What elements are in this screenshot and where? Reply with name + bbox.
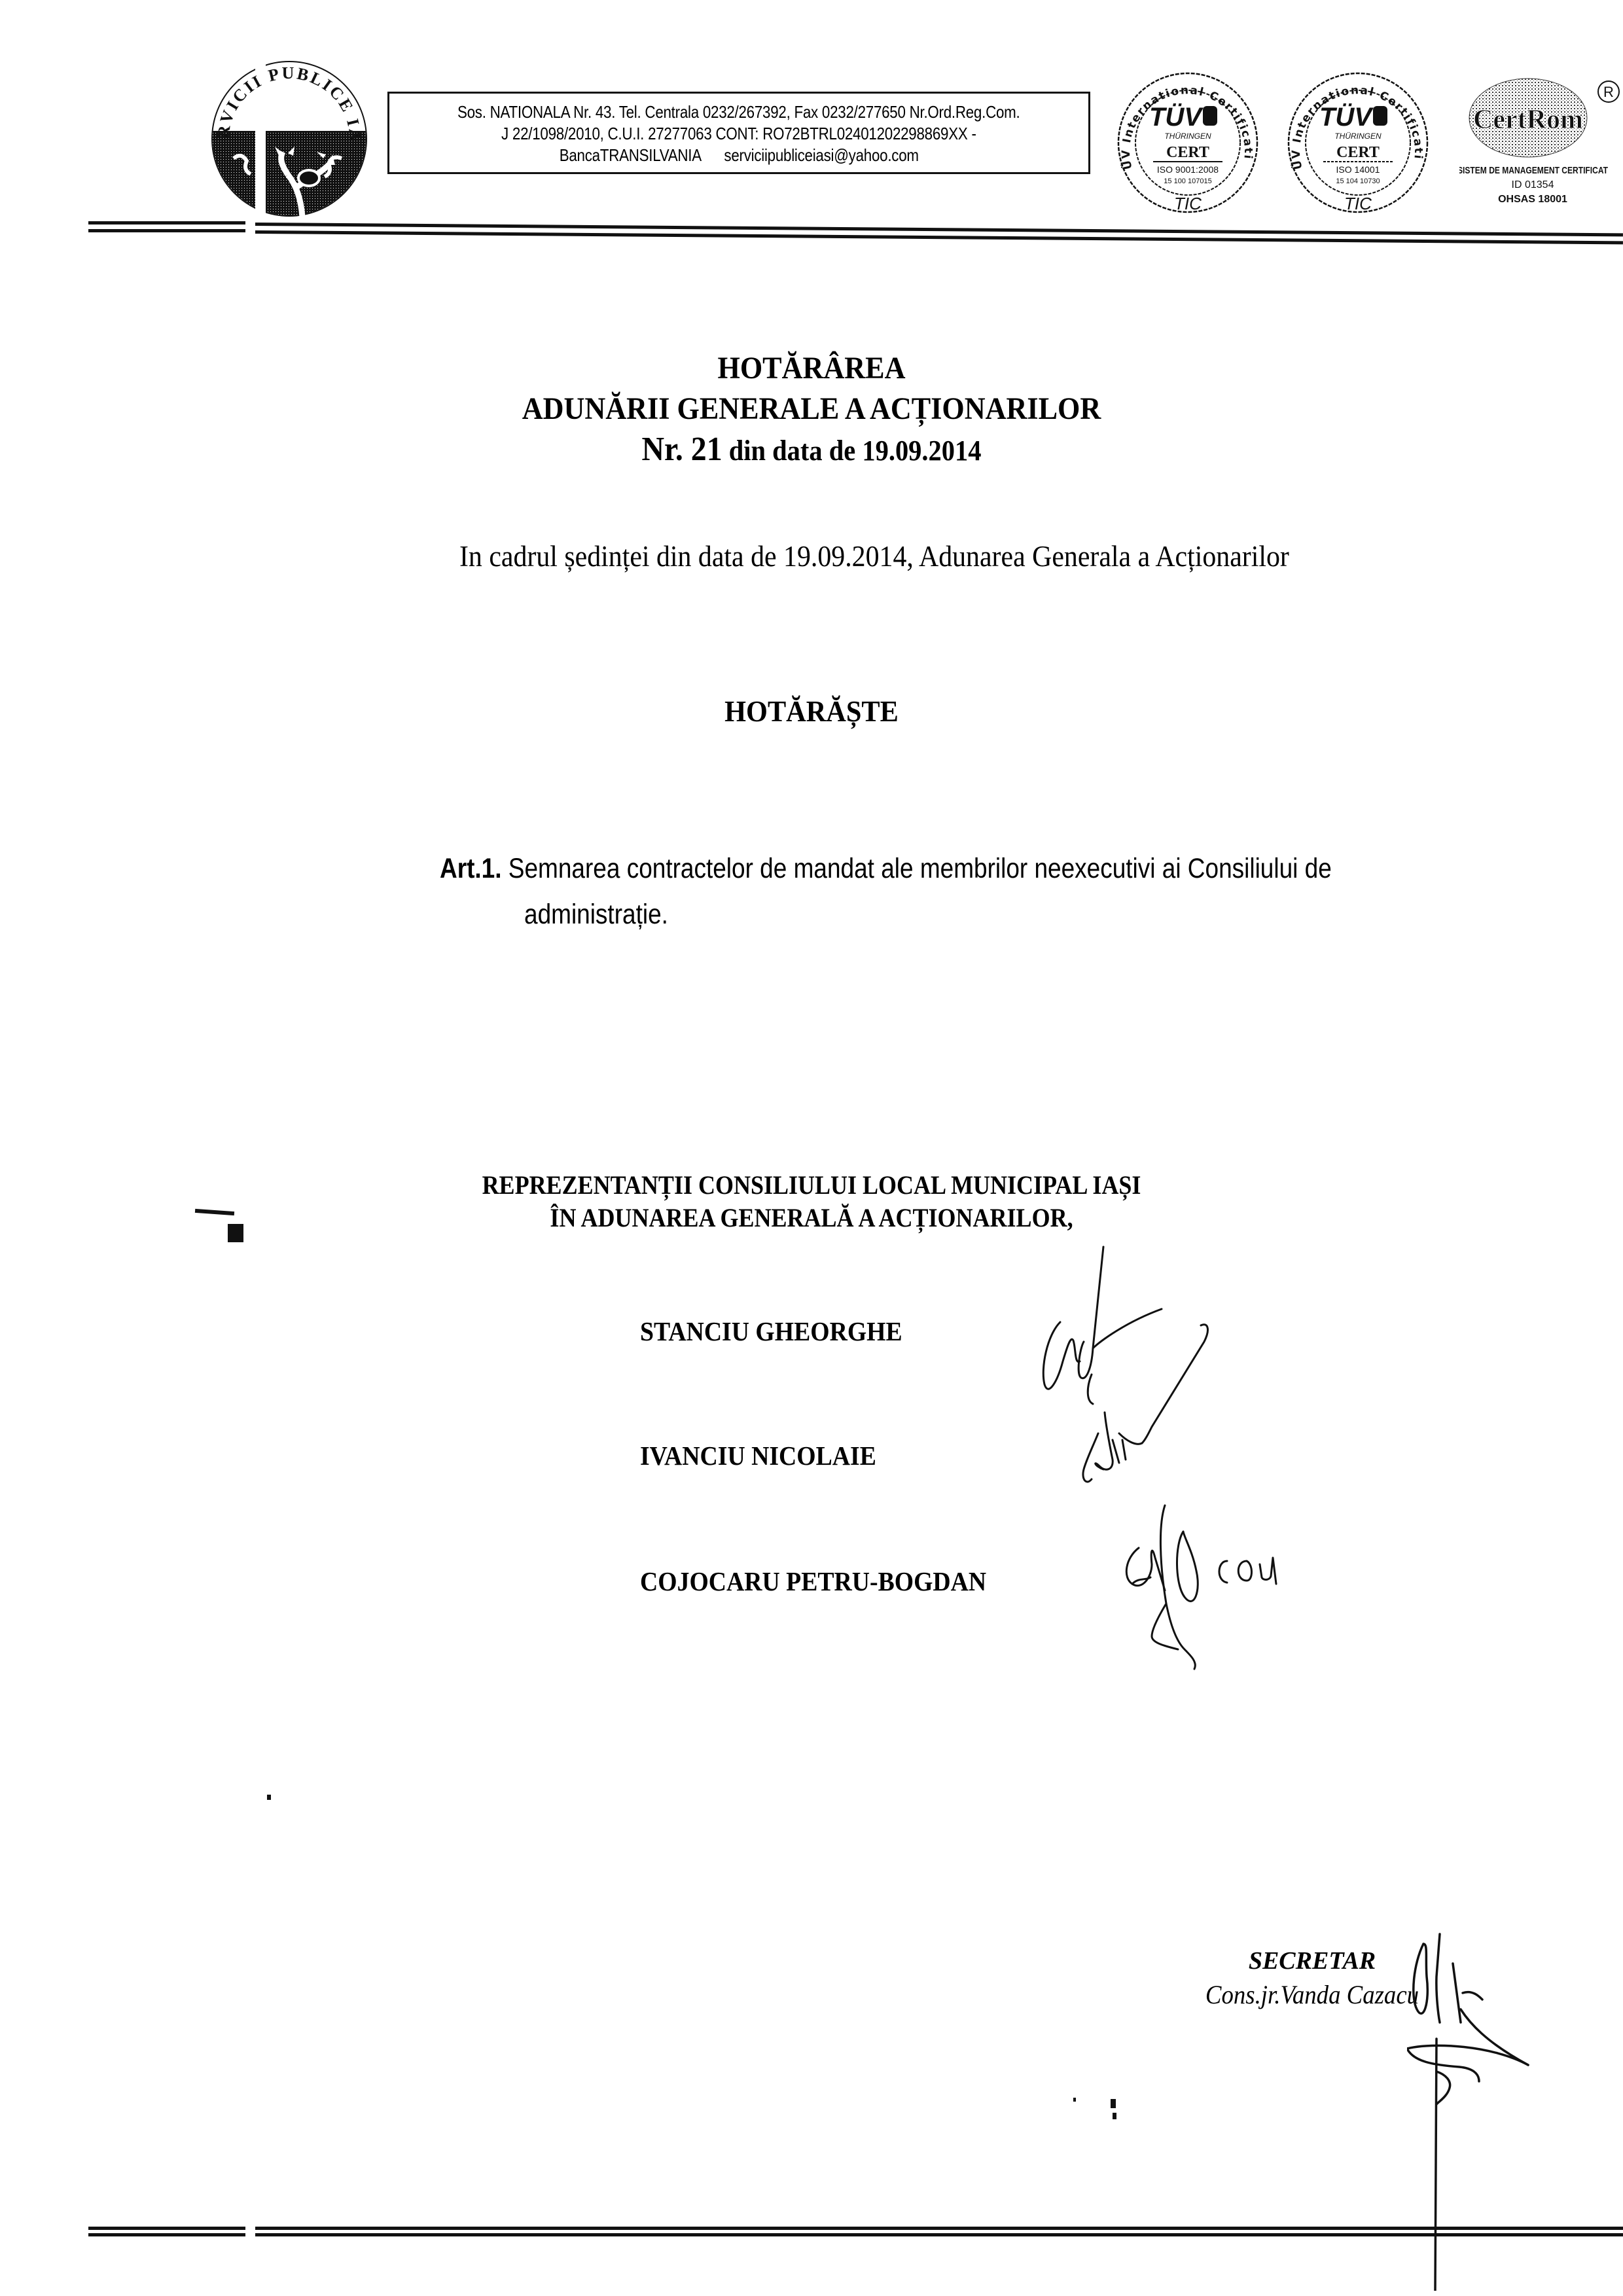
scan-artifact	[228, 1224, 243, 1242]
intro-paragraph: In cadrul ședinței din data de 19.09.201…	[459, 539, 1289, 573]
svg-text:TÜV: TÜV	[1319, 102, 1374, 132]
tuv-certification-seal-icon: TÜV International Certification TÜV THÜR…	[1283, 65, 1433, 216]
decision-date: din data de 19.09.2014	[722, 435, 982, 467]
svg-text:ISO 9001:2008: ISO 9001:2008	[1157, 164, 1219, 175]
svg-text:TÜV: TÜV	[1149, 102, 1204, 132]
scan-artifact	[1073, 2098, 1076, 2102]
svg-text:CertRom: CertRom	[1473, 105, 1583, 135]
representatives-heading: REPREZENTANȚII CONSILIULUI LOCAL MUNICIP…	[0, 1169, 1623, 1234]
footer-divider	[255, 2233, 1623, 2236]
address-line-3: BancaTRANSILVANIA serviciipubliceiasi@ya…	[559, 145, 918, 166]
scan-artifact	[267, 1795, 271, 1800]
representative-signature-3	[1113, 1499, 1348, 1682]
article-label: Art.1.	[440, 853, 502, 884]
bank-name: BancaTRANSILVANIA	[559, 145, 700, 165]
tuv-iso14001-seal: TÜV International Certification TÜV THÜR…	[1283, 65, 1433, 216]
article-text: Semnarea contractelor de mandat ale memb…	[502, 853, 1332, 884]
footer-divider	[88, 2233, 245, 2236]
representative-name: COJOCARU PETRU-BOGDAN	[640, 1566, 986, 1597]
servicii-publice-iasi-logo-icon: SERVICII PUBLICE IAȘI	[204, 54, 374, 224]
representatives-heading-line-2: ÎN ADUNAREA GENERALĂ A ACȚIONARILOR,	[81, 1202, 1542, 1234]
svg-text:ISO 14001: ISO 14001	[1336, 164, 1380, 175]
svg-text:15 104 10730: 15 104 10730	[1336, 177, 1380, 185]
title-number-date: Nr. 21 din data de 19.09.2014	[65, 429, 1558, 471]
svg-text:SERVICII PUBLICE IAȘI: SERVICII PUBLICE IAȘI	[204, 54, 365, 143]
svg-text:ID 01354: ID 01354	[1512, 179, 1554, 190]
address-line-2: J 22/1098/2010, C.U.I. 27277063 CONT: RO…	[501, 123, 976, 145]
tuv-certification-seal-icon: TÜV International Certification TÜV THÜR…	[1113, 65, 1263, 216]
representative-signatures	[1021, 1244, 1322, 1505]
certrom-ohsas-badge: CertRom R SISTEM DE MANAGEMENT CERTIFICA…	[1459, 72, 1623, 223]
article-1-line-1: Art.1. Semnarea contractelor de mandat a…	[440, 846, 1318, 891]
scan-artifact	[1111, 2099, 1116, 2108]
decision-number: Nr. 21	[641, 431, 722, 468]
title-line-1: HOTĂRÂREA	[65, 348, 1558, 389]
header-divider	[88, 229, 245, 232]
footer-divider	[255, 2227, 1623, 2230]
handwritten-signature-icon	[1113, 1499, 1348, 1682]
svg-text:OHSAS 18001: OHSAS 18001	[1498, 194, 1567, 205]
svg-text:SISTEM DE MANAGEMENT CERTIFICA: SISTEM DE MANAGEMENT CERTIFICAT	[1459, 165, 1608, 176]
svg-text:TIC: TIC	[1174, 194, 1202, 213]
header-divider	[88, 221, 245, 224]
tuv-iso9001-seal: TÜV International Certification TÜV THÜR…	[1113, 65, 1263, 216]
svg-text:THÜRINGEN: THÜRINGEN	[1334, 132, 1382, 141]
address-line-1: Sos. NATIONALA Nr. 43. Tel. Centrala 023…	[457, 101, 1020, 123]
svg-text:R: R	[1603, 84, 1614, 100]
representative-name: STANCIU GHEORGHE	[640, 1316, 902, 1347]
svg-text:15 100 107015: 15 100 107015	[1164, 177, 1211, 185]
decision-heading: HOTĂRĂȘTE	[65, 694, 1558, 728]
company-address-box: Sos. NATIONALA Nr. 43. Tel. Centrala 023…	[387, 92, 1090, 174]
svg-text:THÜRINGEN: THÜRINGEN	[1164, 132, 1211, 141]
representatives-heading-line-1: REPREZENTANȚII CONSILIULUI LOCAL MUNICIP…	[81, 1169, 1542, 1202]
representative-name: IVANCIU NICOLAIE	[640, 1440, 876, 1471]
footer-divider	[88, 2227, 245, 2230]
svg-text:CERT: CERT	[1166, 144, 1209, 161]
scan-artifact	[1113, 2113, 1116, 2119]
contact-email: serviciipubliceiasi@yahoo.com	[724, 145, 918, 165]
handwritten-signature-icon	[1021, 1244, 1322, 1505]
article-1: Art.1. Semnarea contractelor de mandat a…	[440, 846, 1461, 937]
document-title: HOTĂRÂREA ADUNĂRII GENERALE A ACȚIONARIL…	[0, 348, 1623, 471]
article-1-line-2: administrație.	[440, 891, 1318, 937]
svg-text:CERT: CERT	[1336, 144, 1380, 161]
certrom-logo-icon: CertRom R SISTEM DE MANAGEMENT CERTIFICA…	[1459, 72, 1623, 223]
title-line-2: ADUNĂRII GENERALE A ACȚIONARILOR	[65, 389, 1558, 429]
svg-text:TIC: TIC	[1344, 194, 1372, 213]
